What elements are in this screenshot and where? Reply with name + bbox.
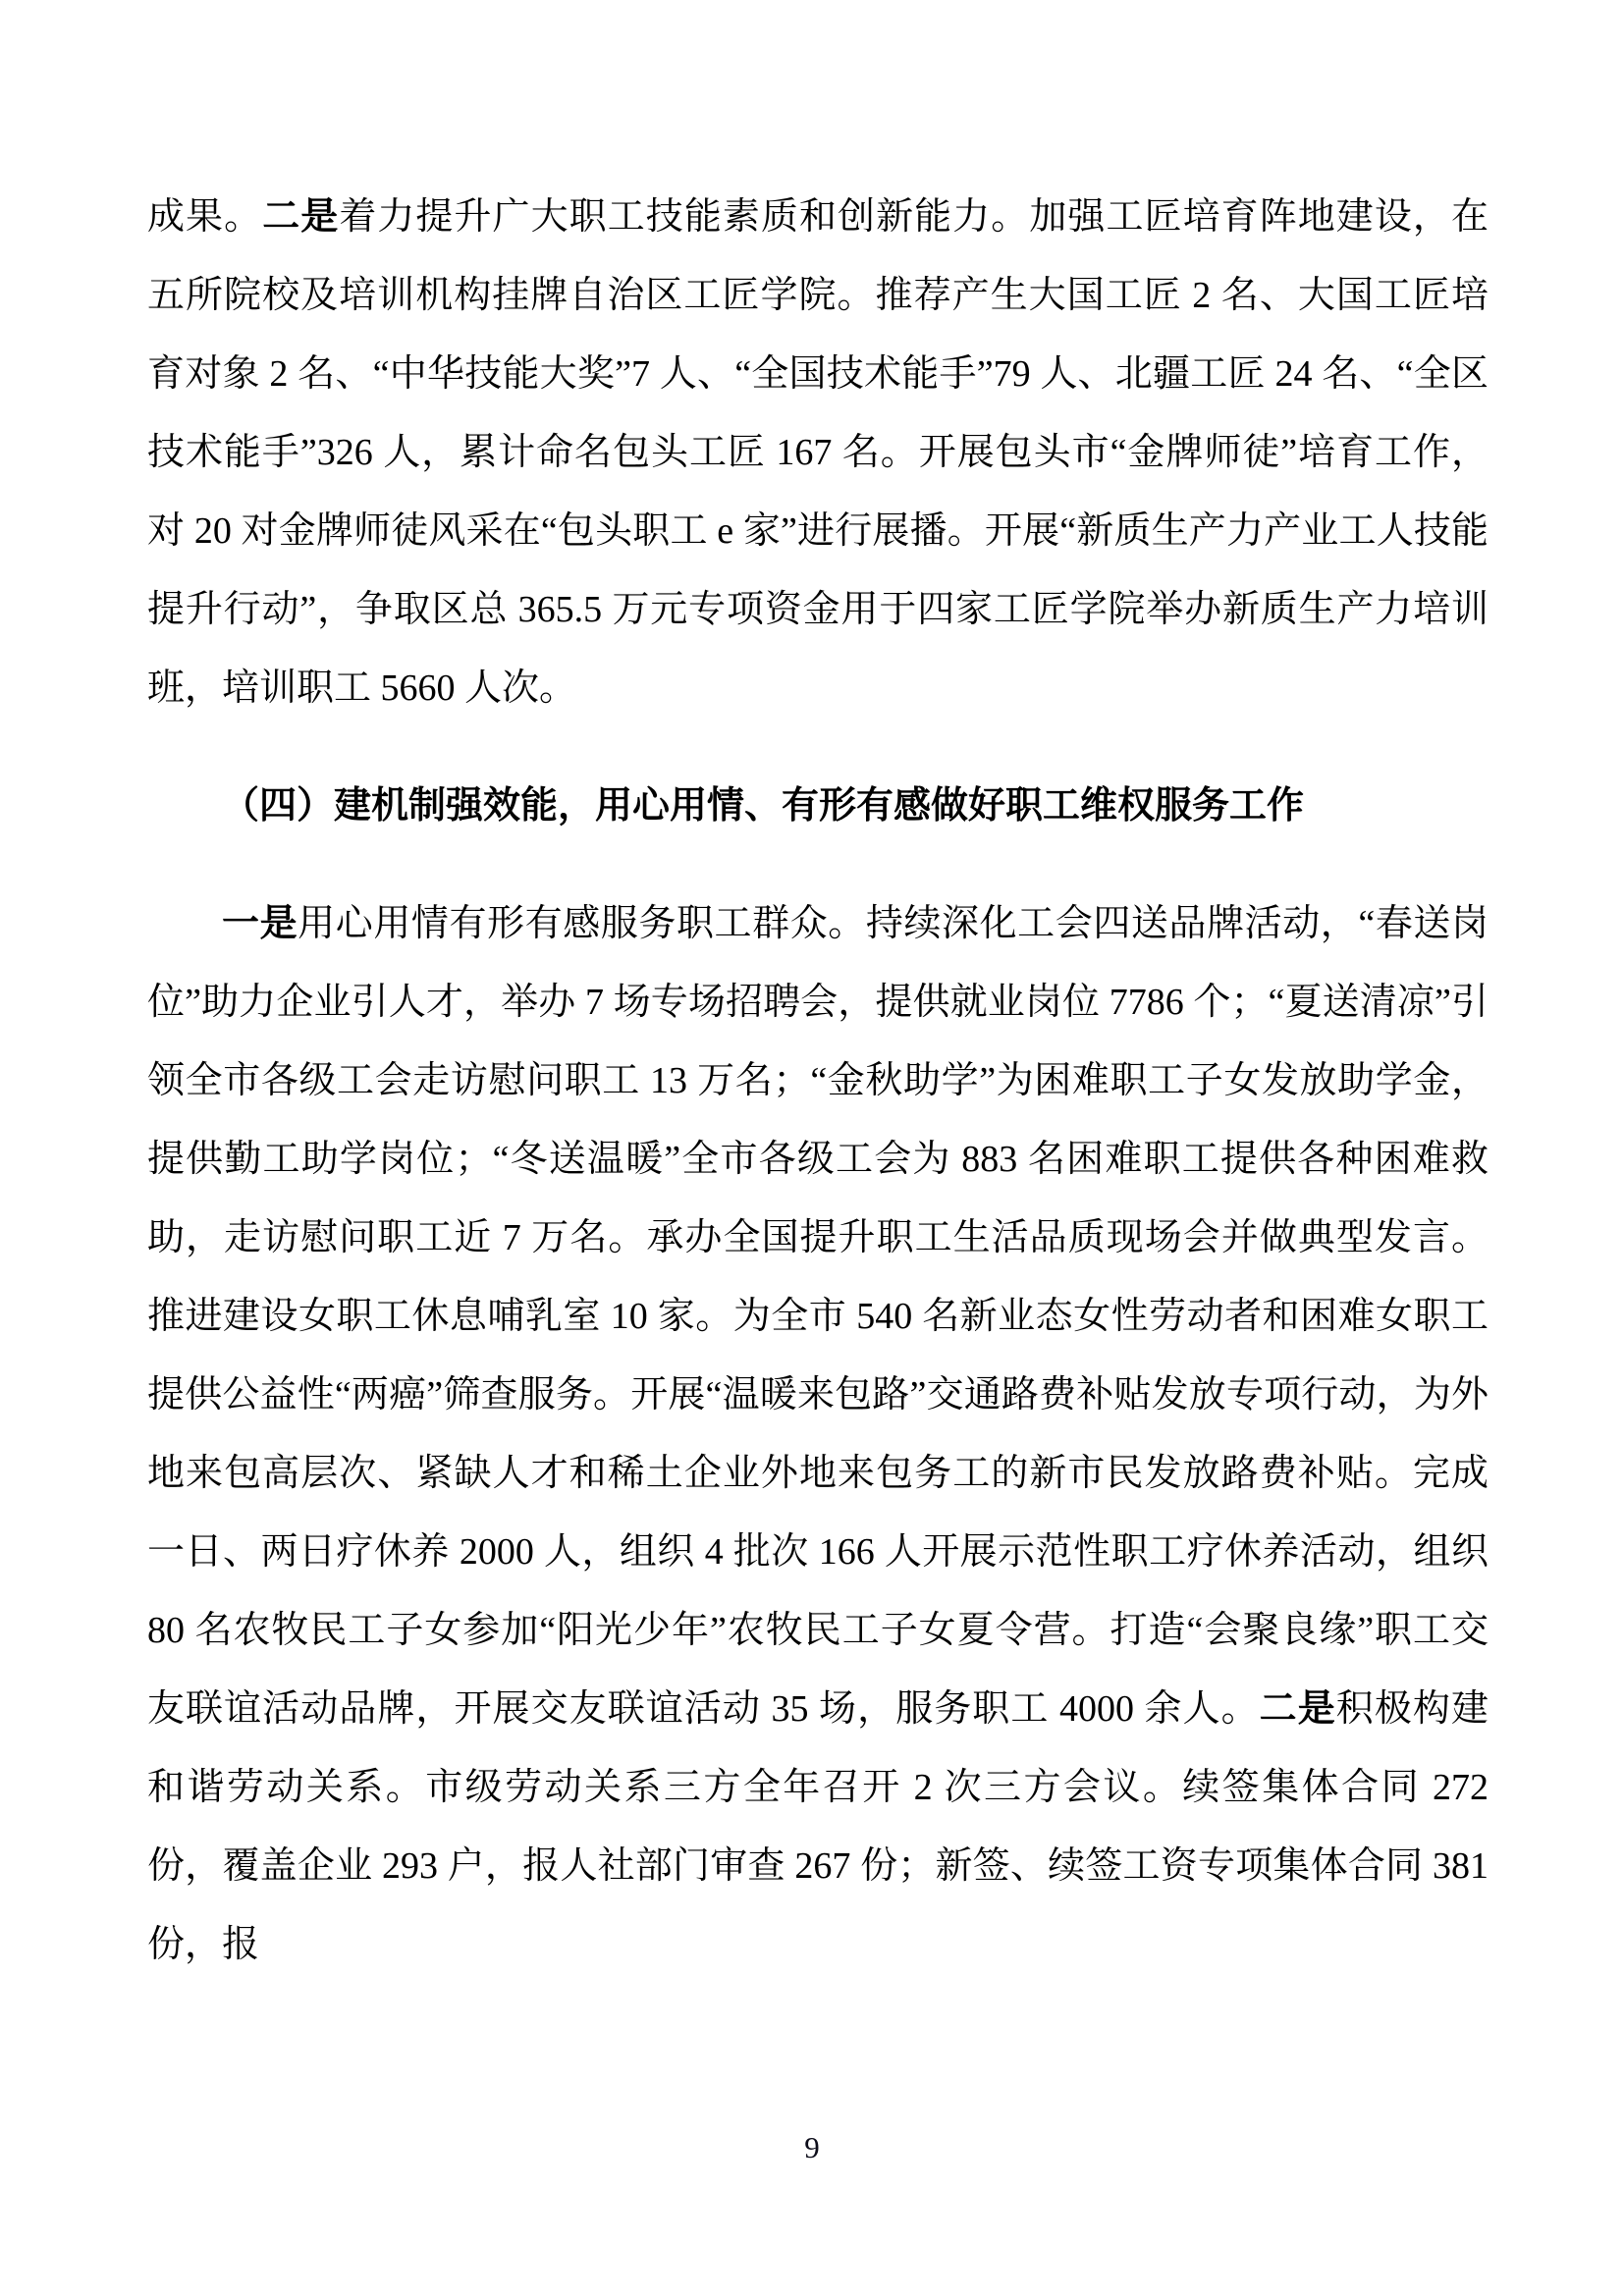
document-body: 成果。二是着力提升广大职工技能素质和创新能力。加强工匠培育阵地建设，在五所院校及…: [147, 178, 1489, 1984]
paragraph-continuation: 成果。二是着力提升广大职工技能素质和创新能力。加强工匠培育阵地建设，在五所院校及…: [147, 178, 1489, 727]
bold-marker-run: 一是: [222, 903, 298, 944]
section-heading: （四）建机制强效能，用心用情、有形有感做好职工维权服务工作: [147, 767, 1489, 845]
body-text-run: 着力提升广大职工技能素质和创新能力。加强工匠培育阵地建设，在五所院校及培训机构挂…: [147, 196, 1489, 709]
document-page: 成果。二是着力提升广大职工技能素质和创新能力。加强工匠培育阵地建设，在五所院校及…: [0, 0, 1624, 2296]
body-text-run: 用心用情有形有感服务职工群众。持续深化工会四送品牌活动，“春送岗位”助力企业引人…: [147, 903, 1489, 1730]
bold-marker-run: 二是: [1260, 1688, 1336, 1730]
page-number: 9: [0, 2128, 1624, 2167]
bold-marker-run: 二是: [262, 196, 339, 238]
body-text-run: 成果。: [147, 196, 262, 238]
paragraph-main: 一是用心用情有形有感服务职工群众。持续深化工会四送品牌活动，“春送岗位”助力企业…: [147, 884, 1489, 1984]
body-text-run: 积极构建和谐劳动关系。市级劳动关系三方全年召开 2 次三方会议。续签集体合同 2…: [147, 1688, 1489, 1965]
